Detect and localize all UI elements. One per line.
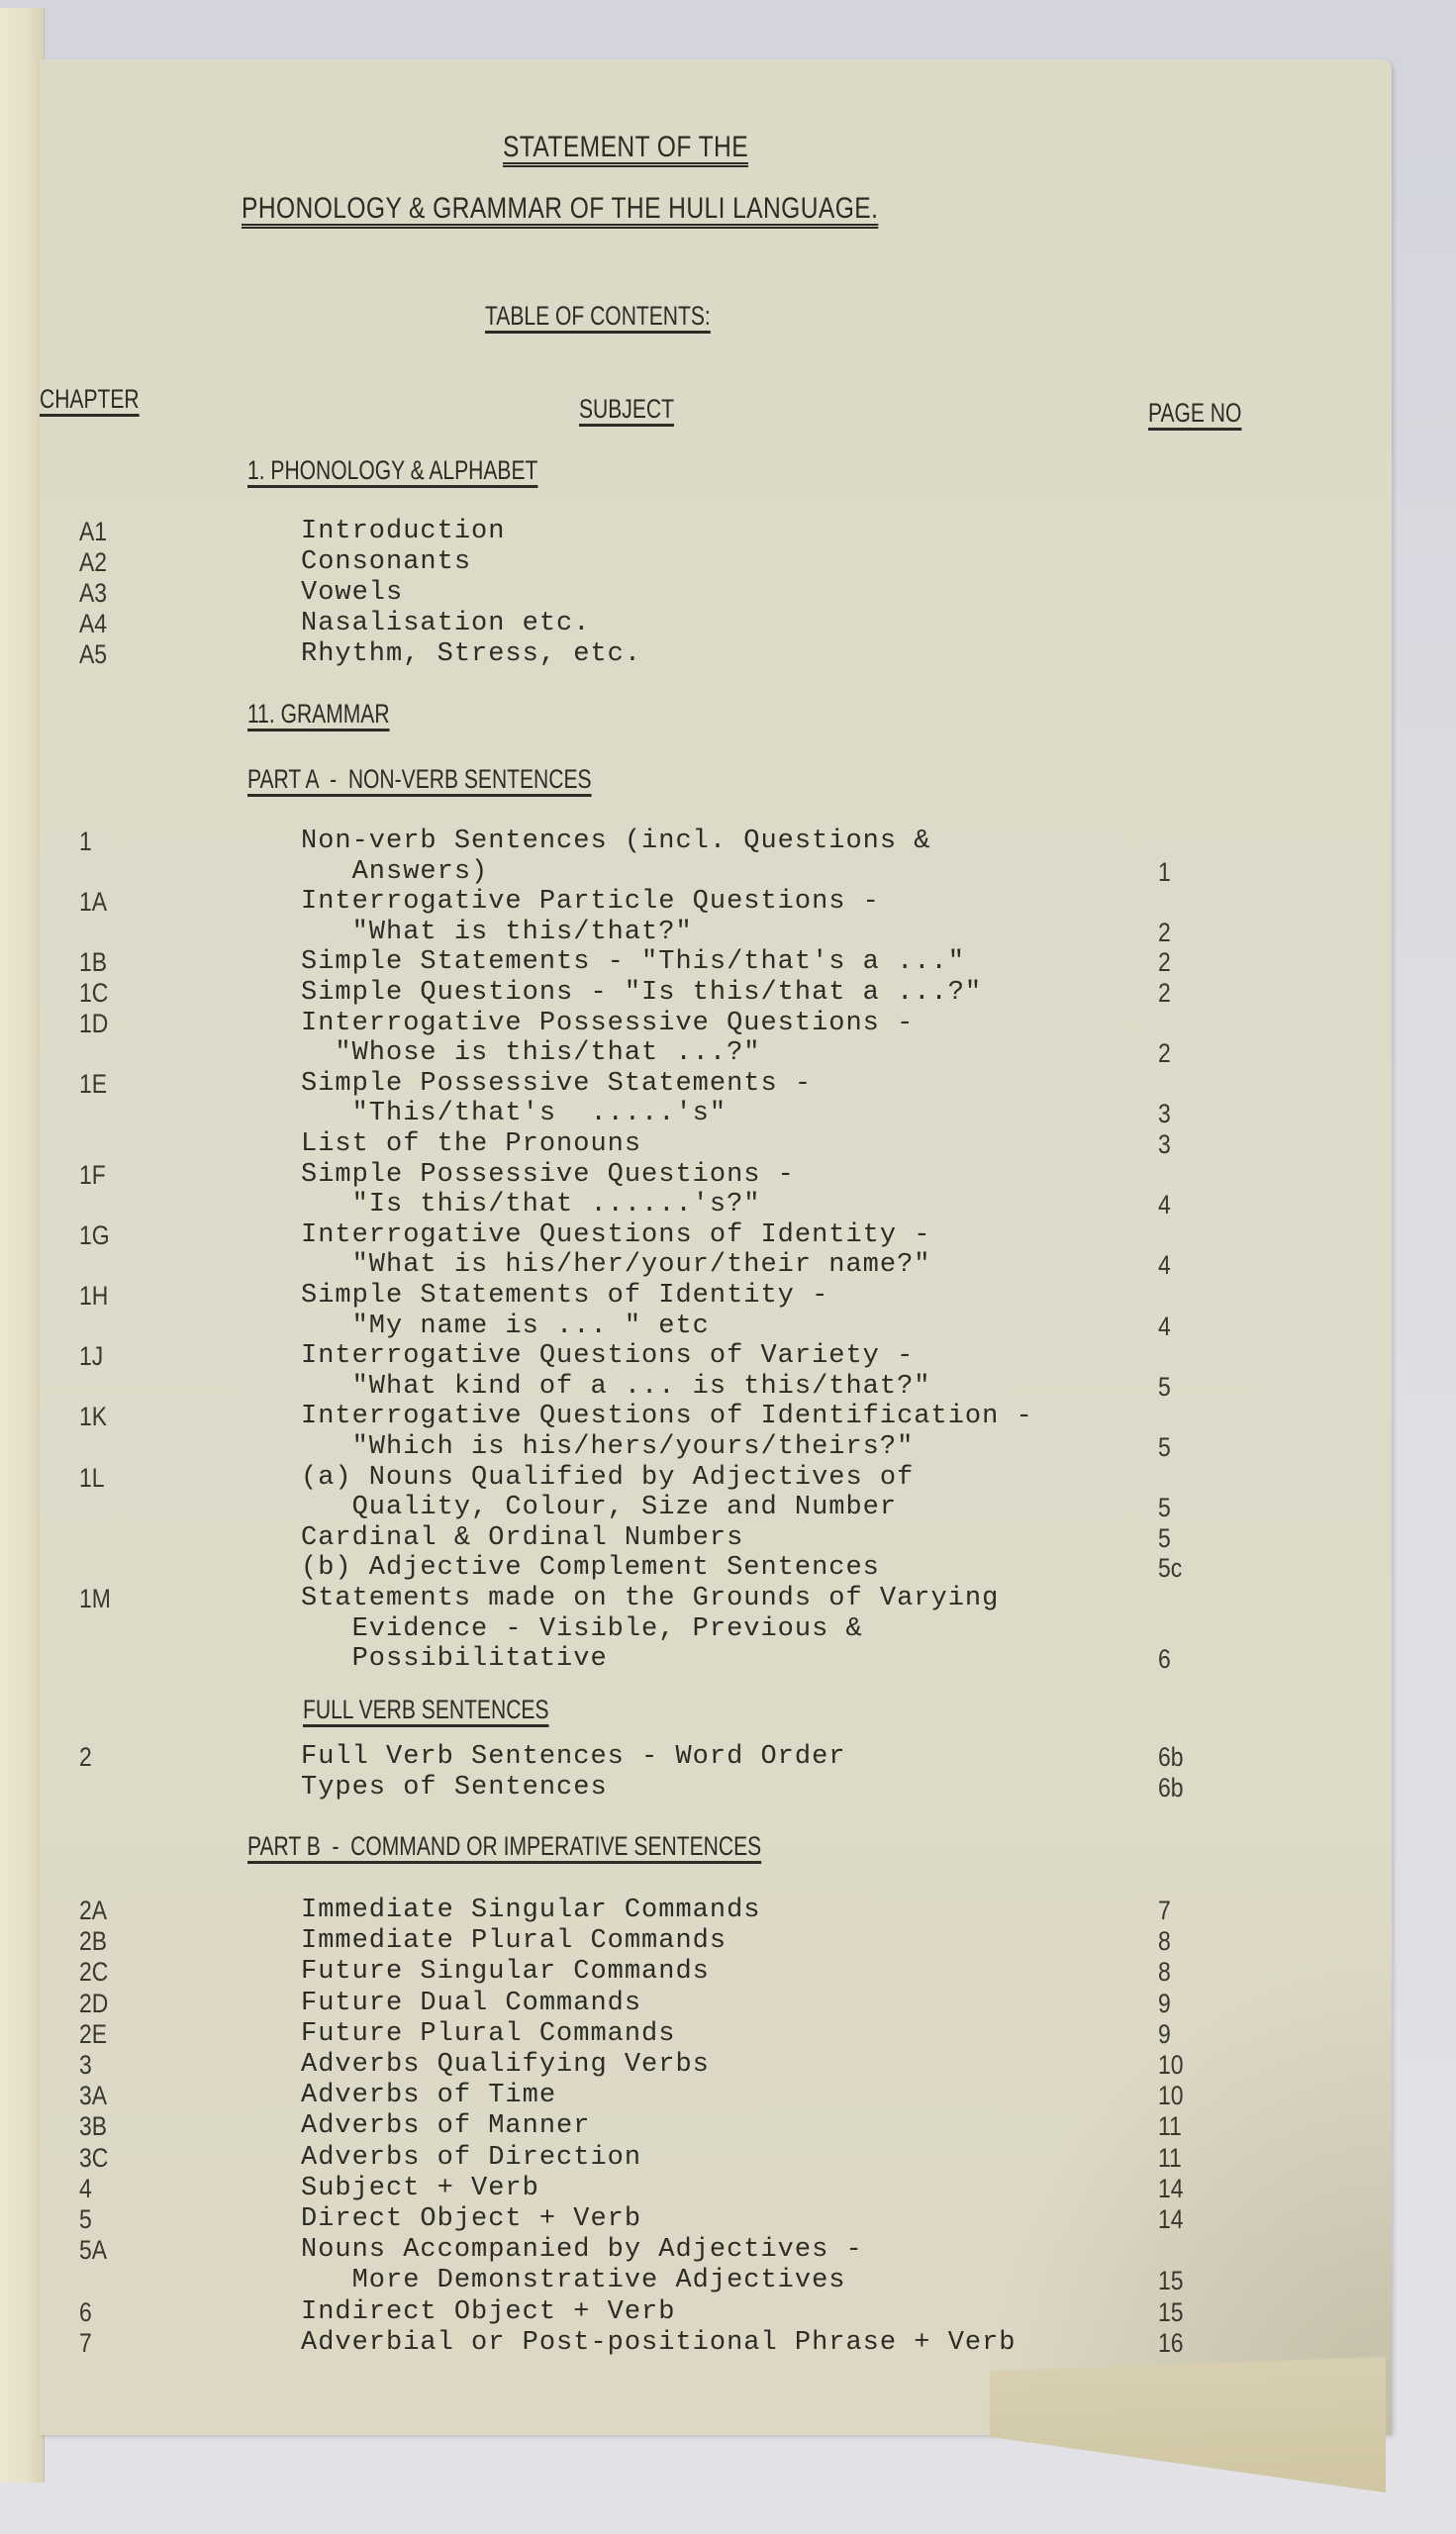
page-number: 10 [1158, 2050, 1184, 2081]
toc-entry-subject: Adverbial or Post-positional Phrase + Ve… [301, 2328, 1017, 2358]
toc-entry-subject: Statements made on the Grounds of Varyin… [301, 1584, 999, 1613]
document-title-line2: PHONOLOGY & GRAMMAR OF THE HULI LANGUAGE… [242, 192, 878, 226]
toc-entry-subject: Nouns Accompanied by Adjectives - [301, 2235, 863, 2265]
chapter-number: A1 [79, 517, 107, 547]
page-number: 8 [1158, 1957, 1171, 1988]
toc-entry-subject: Indirect Object + Verb [301, 2297, 675, 2327]
page-number: 6b [1158, 1773, 1184, 1803]
toc-entry-subject: "What is his/her/your/their name?" [301, 1250, 931, 1280]
toc-entry-subject: Nasalisation etc. [301, 609, 590, 638]
toc-entry-subject: List of the Pronouns [301, 1129, 641, 1159]
chapter-number: 2B [79, 1926, 107, 1957]
toc-entry-subject: Interrogative Questions of Identity - [301, 1220, 931, 1250]
facing-page-edge [0, 8, 45, 2483]
column-header-subject: SUBJECT [579, 394, 674, 425]
page-number: 8 [1158, 1926, 1171, 1957]
page-number: 2 [1158, 1038, 1171, 1069]
toc-entry-subject: Future Plural Commands [301, 2019, 675, 2049]
toc-entry-subject: "Which is his/hers/yours/theirs?" [301, 1432, 914, 1462]
toc-entry-subject: Answers) [301, 857, 488, 887]
page-number: 6b [1158, 1742, 1184, 1773]
toc-entry-subject: Interrogative Questions of Identificatio… [301, 1402, 1033, 1431]
page-number: 5 [1158, 1493, 1171, 1523]
chapter-number: 3A [79, 2081, 107, 2111]
chapter-number: 1H [79, 1281, 108, 1312]
toc-entry-subject: Simple Possessive Statements - [301, 1069, 812, 1099]
page-number: 4 [1158, 1250, 1171, 1281]
chapter-number: 2E [79, 2019, 107, 2050]
chapter-number: 1L [79, 1463, 105, 1494]
section-heading-grammar: 11. GRAMMAR [247, 699, 390, 730]
page-number: 2 [1158, 947, 1171, 978]
page-number: 14 [1158, 2204, 1184, 2235]
toc-entry-subject: Vowels [301, 578, 403, 608]
page-number: 6 [1158, 1644, 1171, 1675]
page-number: 9 [1158, 1989, 1171, 2019]
page-number: 5c [1158, 1553, 1182, 1584]
toc-entry-subject: Types of Sentences [301, 1773, 608, 1803]
page-number: 7 [1158, 1896, 1171, 1926]
toc-entry-subject: Future Dual Commands [301, 1989, 641, 2018]
toc-entry-subject: (b) Adjective Complement Sentences [301, 1553, 880, 1583]
toc-entry-subject: Simple Questions - "Is this/that a ...?" [301, 978, 982, 1008]
toc-entry-subject: Rhythm, Stress, etc. [301, 639, 641, 669]
chapter-number: 3 [79, 2050, 92, 2081]
toc-entry-subject: (a) Nouns Qualified by Adjectives of [301, 1463, 914, 1493]
chapter-number: A4 [79, 609, 107, 639]
chapter-number: A2 [79, 547, 107, 578]
page-number: 4 [1158, 1312, 1171, 1342]
section-heading-part-a: PART A - NON-VERB SENTENCES [247, 764, 592, 795]
toc-entry-subject: Full Verb Sentences - Word Order [301, 1742, 845, 1772]
toc-entry-subject: Non-verb Sentences (incl. Questions & [301, 827, 931, 856]
toc-entry-subject: Cardinal & Ordinal Numbers [301, 1523, 743, 1553]
toc-entry-subject: Immediate Plural Commands [301, 1926, 727, 1956]
page-number: 2 [1158, 978, 1171, 1009]
toc-entry-subject: Quality, Colour, Size and Number [301, 1493, 897, 1522]
page-number: 4 [1158, 1190, 1171, 1220]
page-number: 10 [1158, 2081, 1184, 2111]
chapter-number: 1D [79, 1009, 108, 1039]
chapter-number: 3C [79, 2143, 108, 2174]
toc-entry-subject: "What is this/that?" [301, 918, 693, 947]
page-number: 5 [1158, 1372, 1171, 1403]
toc-heading: TABLE OF CONTENTS: [485, 301, 711, 332]
chapter-number: 5A [79, 2235, 107, 2266]
toc-entry-subject: Introduction [301, 517, 505, 546]
page-number: 11 [1158, 2143, 1182, 2174]
page-number: 9 [1158, 2019, 1171, 2050]
section-heading-full-verb: FULL VERB SENTENCES [303, 1695, 549, 1725]
section-heading-part-b: PART B - COMMAND OR IMPERATIVE SENTENCES [247, 1831, 761, 1862]
toc-entry-subject: Consonants [301, 547, 471, 577]
column-header-chapter: CHAPTER [40, 384, 140, 415]
toc-entry-subject: Subject + Verb [301, 2174, 539, 2203]
chapter-number: 1J [79, 1341, 103, 1372]
toc-entry-subject: Immediate Singular Commands [301, 1896, 760, 1925]
toc-entry-subject: "This/that's .....'s" [301, 1099, 727, 1128]
page-number: 3 [1158, 1099, 1171, 1129]
page-number: 11 [1158, 2111, 1182, 2142]
chapter-number: 4 [79, 2174, 92, 2204]
page-number: 14 [1158, 2174, 1184, 2204]
toc-entry-subject: Possibilitative [301, 1644, 608, 1674]
chapter-number: 1F [79, 1160, 106, 1191]
page-number: 5 [1158, 1523, 1171, 1554]
chapter-number: 1K [79, 1402, 107, 1432]
toc-entry-subject: Interrogative Particle Questions - [301, 887, 880, 917]
page-number: 16 [1158, 2328, 1184, 2359]
document-title-line1: STATEMENT OF THE [503, 131, 748, 164]
toc-entry-subject: "My name is ... " etc [301, 1312, 710, 1341]
chapter-number: 2C [79, 1957, 108, 1988]
column-header-page: PAGE NO [1148, 398, 1241, 429]
chapter-number: 3B [79, 2111, 107, 2142]
chapter-number: 2D [79, 1989, 108, 2019]
page-number: 1 [1158, 857, 1171, 888]
toc-entry-subject: "Is this/that ......'s?" [301, 1190, 760, 1219]
page-number: 5 [1158, 1432, 1171, 1463]
toc-entry-subject: Adverbs of Time [301, 2081, 556, 2110]
chapter-number: 2 [79, 1742, 92, 1773]
chapter-number: 1 [79, 827, 92, 857]
section-heading-phonology: 1. PHONOLOGY & ALPHABET [247, 455, 537, 486]
chapter-number: 5 [79, 2204, 92, 2235]
chapter-number: 1C [79, 978, 108, 1009]
toc-entry-subject: Interrogative Possessive Questions - [301, 1009, 914, 1038]
toc-entry-subject: Adverbs of Direction [301, 2143, 641, 2173]
toc-entry-subject: Simple Possessive Questions - [301, 1160, 795, 1190]
page-number: 3 [1158, 1129, 1171, 1160]
page-number: 15 [1158, 2297, 1184, 2328]
toc-entry-subject: Future Singular Commands [301, 1957, 710, 1987]
chapter-number: A5 [79, 639, 107, 670]
toc-entry-subject: Simple Statements of Identity - [301, 1281, 828, 1311]
toc-entry-subject: "What kind of a ... is this/that?" [301, 1372, 931, 1402]
chapter-number: 7 [79, 2328, 92, 2359]
page-number: 15 [1158, 2266, 1184, 2296]
toc-entry-subject: Simple Statements - "This/that's a ..." [301, 947, 965, 977]
chapter-number: 1M [79, 1584, 111, 1614]
chapter-number: A3 [79, 578, 107, 609]
chapter-number: 6 [79, 2297, 92, 2328]
toc-entry-subject: Evidence - Visible, Previous & [301, 1614, 863, 1644]
toc-entry-subject: Adverbs Qualifying Verbs [301, 2050, 710, 2080]
chapter-number: 1A [79, 887, 107, 918]
toc-entry-subject: Interrogative Questions of Variety - [301, 1341, 914, 1371]
chapter-number: 2A [79, 1896, 107, 1926]
toc-entry-subject: More Demonstrative Adjectives [301, 2266, 845, 2295]
toc-entry-subject: Direct Object + Verb [301, 2204, 641, 2234]
chapter-number: 1B [79, 947, 107, 978]
chapter-number: 1G [79, 1220, 110, 1251]
page-number: 2 [1158, 918, 1171, 948]
toc-entry-subject: "Whose is this/that ...?" [301, 1038, 760, 1068]
chapter-number: 1E [79, 1069, 107, 1100]
toc-entry-subject: Adverbs of Manner [301, 2111, 590, 2141]
